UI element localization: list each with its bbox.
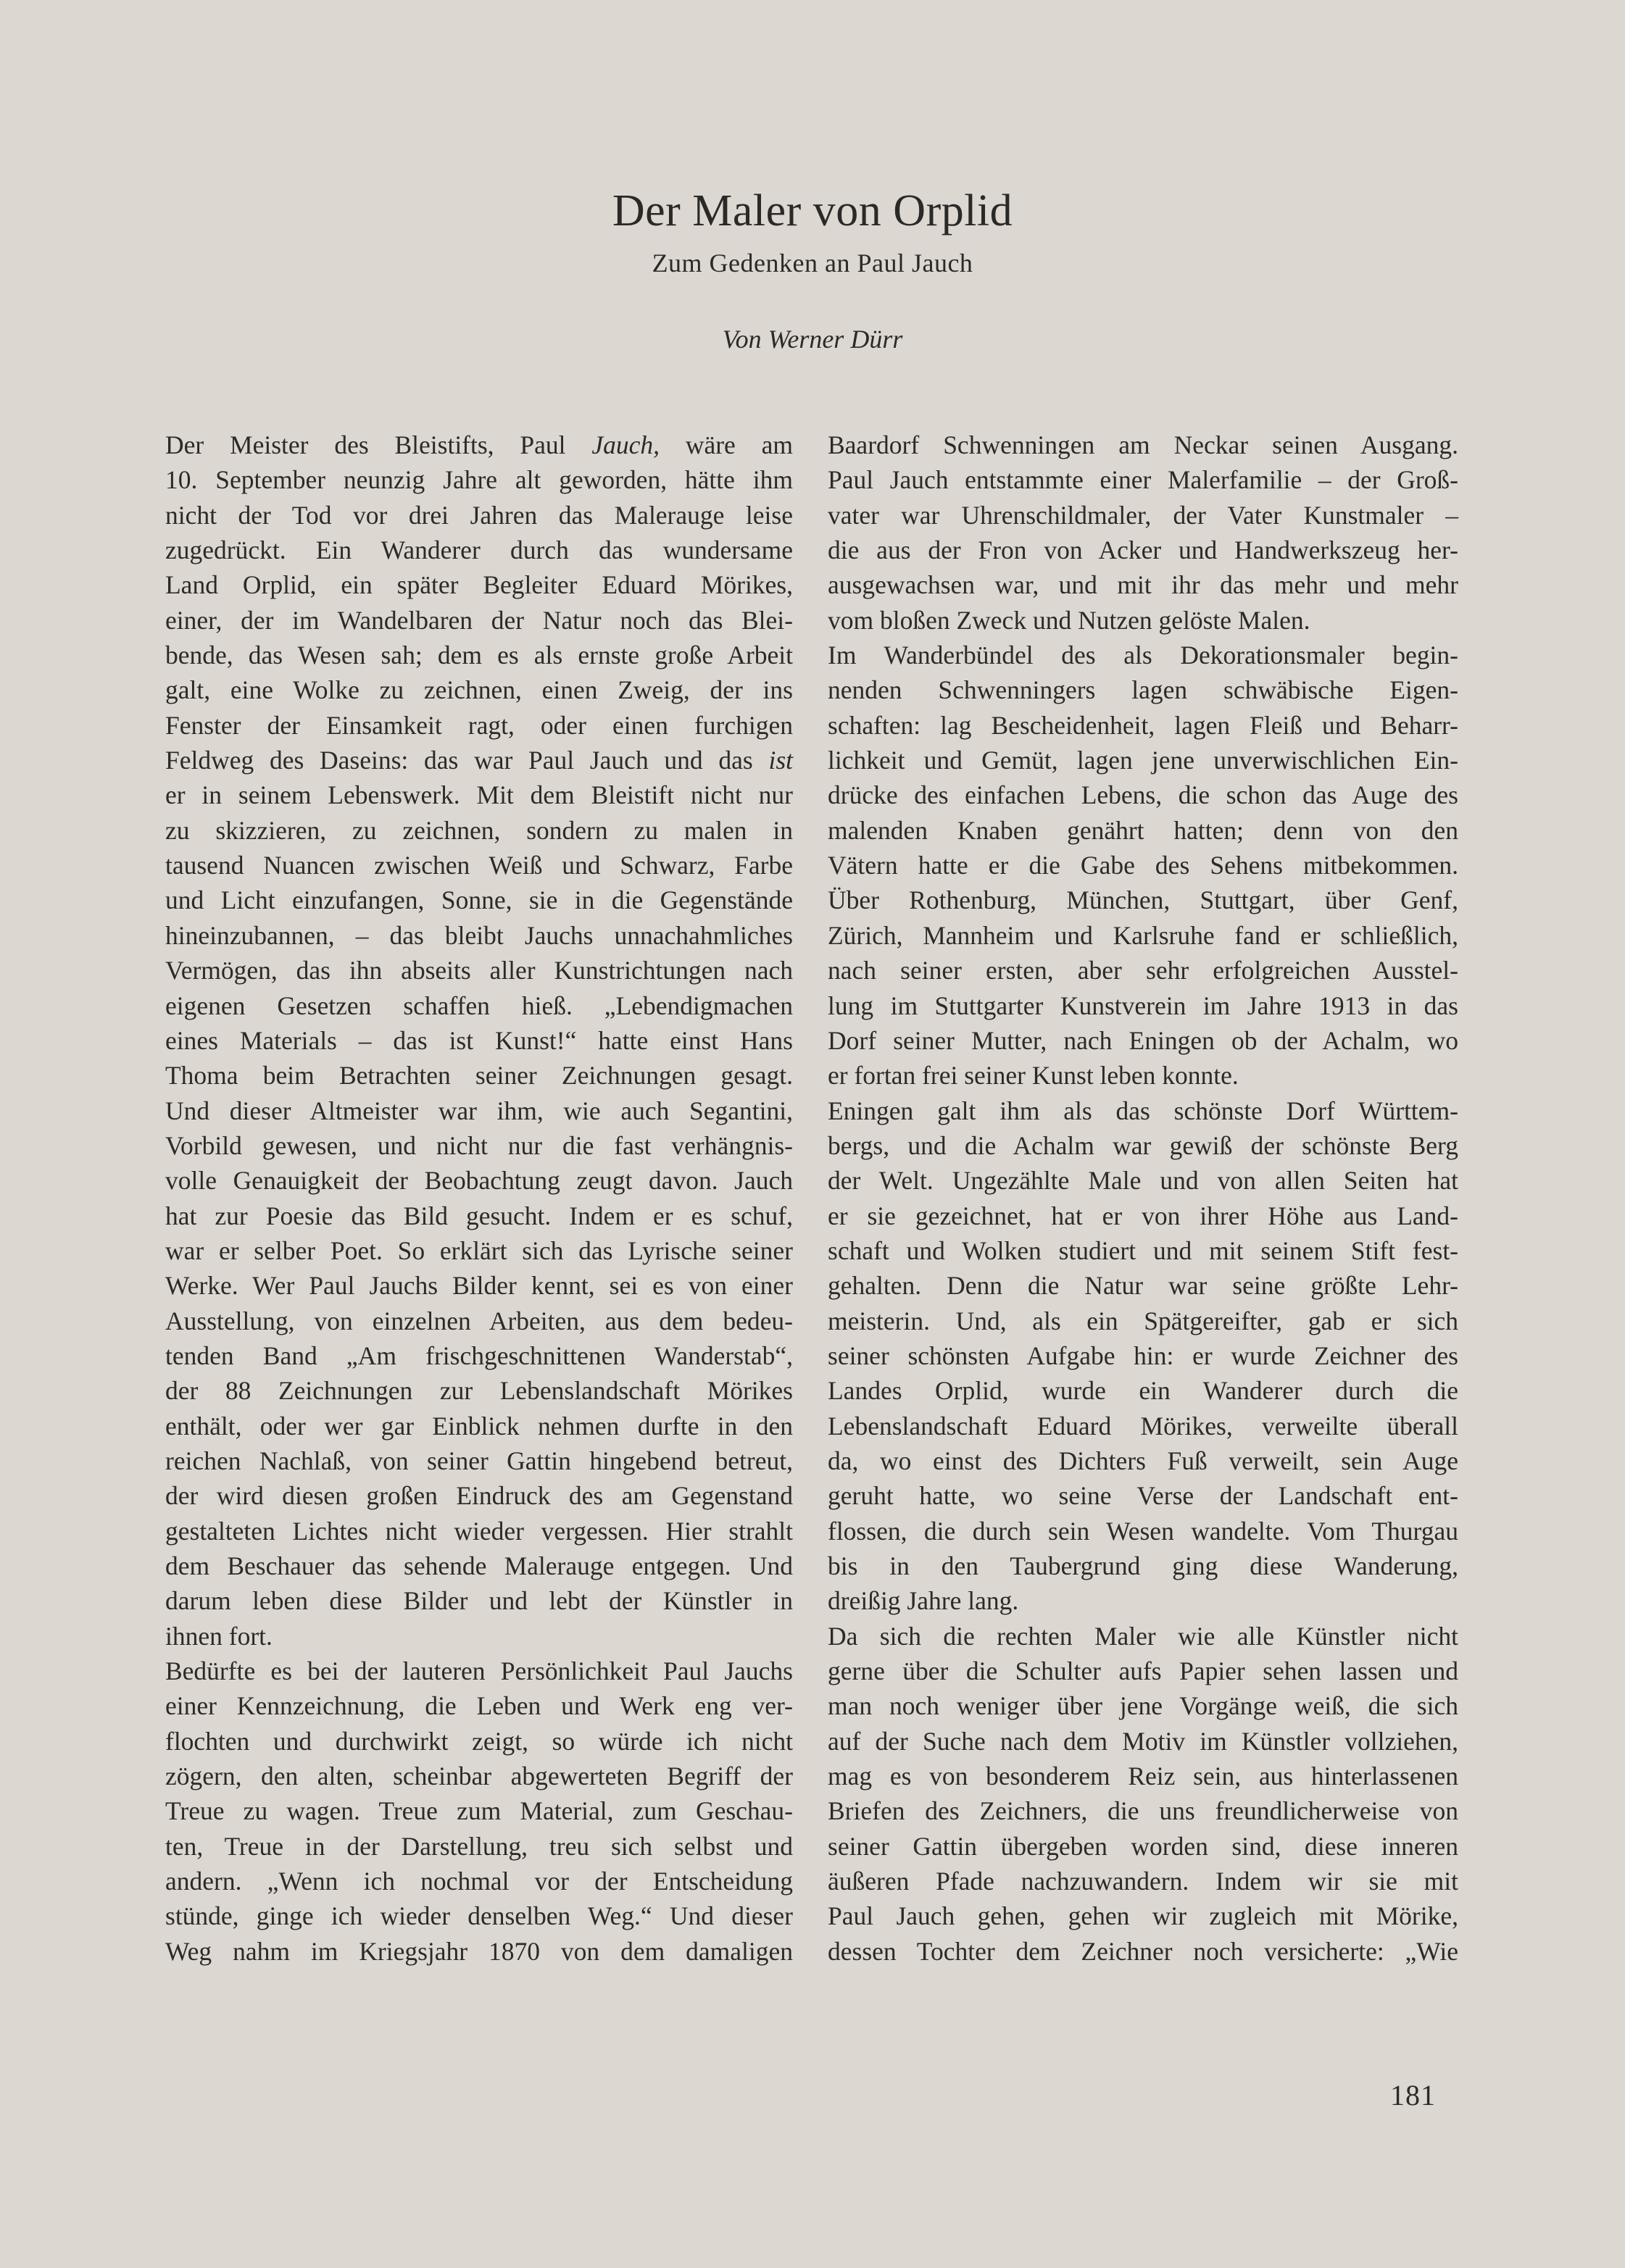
text-line: nach seiner ersten, aber sehr erfolgreic… (828, 953, 1458, 988)
text-line: Feldweg des Daseins: das war Paul Jauch … (165, 743, 793, 777)
text-line: volle Genauigkeit der Beobachtung zeugt … (165, 1163, 793, 1198)
text-line: man noch weniger über jene Vorgänge weiß… (828, 1688, 1458, 1723)
text-line: Und dieser Altmeister war ihm, wie auch … (165, 1093, 793, 1128)
text-line: seiner schönsten Aufgabe hin: er wurde Z… (828, 1338, 1458, 1373)
article-subtitle: Zum Gedenken an Paul Jauch (0, 248, 1625, 278)
text-line: einer, der im Wandelbaren der Natur noch… (165, 603, 793, 638)
text-line: Paul Jauch entstammte einer Malerfamilie… (828, 462, 1458, 497)
text-line: bende, das Wesen sah; dem es als ernste … (165, 638, 793, 672)
text-line: Vätern hatte er die Gabe des Sehens mitb… (828, 848, 1458, 883)
text-line: gehalten. Denn die Natur war seine größt… (828, 1268, 1458, 1303)
text-line: galt, eine Wolke zu zeichnen, einen Zwei… (165, 672, 793, 707)
text-line: Ausstellung, von einzelnen Arbeiten, aus… (165, 1304, 793, 1338)
text-line: die aus der Fron von Acker und Handwerks… (828, 533, 1458, 567)
text-line: der 88 Zeichnungen zur Lebenslandschaft … (165, 1373, 793, 1408)
text-line: Fenster der Einsamkeit ragt, oder einen … (165, 708, 793, 743)
text-line: gerne über die Schulter aufs Papier sehe… (828, 1654, 1458, 1688)
text-line: auf der Suche nach dem Motiv im Künstler… (828, 1724, 1458, 1759)
text-line: dessen Tochter dem Zeichner noch versich… (828, 1934, 1458, 1969)
text-line: und Licht einzufangen, Sonne, sie in die… (165, 883, 793, 917)
text-line: reichen Nachlaß, von seiner Gattin hinge… (165, 1443, 793, 1478)
text-line: tausend Nuancen zwischen Weiß und Schwar… (165, 848, 793, 883)
text-line: Eningen galt ihm als das schönste Dorf W… (828, 1093, 1458, 1128)
text-line: hat zur Poesie das Bild gesucht. Indem e… (165, 1198, 793, 1233)
text-line: Land Orplid, ein später Begleiter Eduard… (165, 567, 793, 602)
text-line: er fortan frei seiner Kunst leben konnte… (828, 1058, 1458, 1093)
text-line: dreißig Jahre lang. (828, 1583, 1458, 1618)
emphasis: ist (768, 746, 793, 775)
text-line: seiner Gattin übergeben worden sind, die… (828, 1829, 1458, 1864)
text-line: der wird diesen großen Eindruck des am G… (165, 1478, 793, 1513)
text-line: Im Wanderbündel des als Dekorationsmaler… (828, 638, 1458, 672)
text-line: Werke. Wer Paul Jauchs Bilder kennt, sei… (165, 1268, 793, 1303)
article-byline: Von Werner Dürr (0, 324, 1625, 354)
text-line: Lebenslandschaft Eduard Mörikes, verweil… (828, 1409, 1458, 1443)
text-line: vater war Uhrenschildmaler, der Vater Ku… (828, 498, 1458, 533)
text-line: Über Rothenburg, München, Stuttgart, übe… (828, 883, 1458, 917)
emphasis: Jauch, (591, 430, 660, 459)
text-line: Landes Orplid, wurde ein Wanderer durch … (828, 1373, 1458, 1408)
text-line: Thoma beim Betrachten seiner Zeichnungen… (165, 1058, 793, 1093)
text-line: Der Meister des Bleistifts, Paul Jauch, … (165, 428, 793, 462)
article-title: Der Maler von Orplid (0, 185, 1625, 237)
text-line: nenden Schwenningers lagen schwäbische E… (828, 672, 1458, 707)
text-line: enthält, oder wer gar Einblick nehmen du… (165, 1409, 793, 1443)
text-line: Weg nahm im Kriegsjahr 1870 von dem dama… (165, 1934, 793, 1969)
text-line: lung im Stuttgarter Kunstverein im Jahre… (828, 988, 1458, 1023)
text-line: bergs, und die Achalm war gewiß der schö… (828, 1128, 1458, 1163)
text-line: bis in den Taubergrund ging diese Wander… (828, 1548, 1458, 1583)
text-line: eigenen Gesetzen schaffen hieß. „Lebendi… (165, 988, 793, 1023)
text-line: Vorbild gewesen, und nicht nur die fast … (165, 1128, 793, 1163)
text-line: Paul Jauch gehen, gehen wir zugleich mit… (828, 1898, 1458, 1933)
text-line: zögern, den alten, scheinbar abgewertete… (165, 1759, 793, 1793)
text-line: malenden Knaben genährt hatten; denn von… (828, 813, 1458, 848)
text-line: tenden Band „Am frischgeschnittenen Wand… (165, 1338, 793, 1373)
text-line: zu skizzieren, zu zeichnen, sondern zu m… (165, 813, 793, 848)
text-line: zugedrückt. Ein Wanderer durch das wunde… (165, 533, 793, 567)
text-line: Bedürfte es bei der lauteren Persönlichk… (165, 1654, 793, 1688)
text-line: hineinzubannen, – das bleibt Jauchs unna… (165, 918, 793, 953)
text-line: Zürich, Mannheim und Karlsruhe fand er s… (828, 918, 1458, 953)
right-column: Baardorf Schwenningen am Neckar seinen A… (828, 428, 1458, 1969)
text-line: ausgewachsen war, und mit ihr das mehr u… (828, 567, 1458, 602)
text-line: stünde, ginge ich wieder denselben Weg.“… (165, 1898, 793, 1933)
text-line: drücke des einfachen Lebens, die schon d… (828, 777, 1458, 812)
text-line: 10. September neunzig Jahre alt geworden… (165, 462, 793, 497)
text-line: andern. „Wenn ich nochmal vor der Entsch… (165, 1864, 793, 1898)
text-line: darum leben diese Bilder und lebt der Kü… (165, 1583, 793, 1618)
text-line: Briefen des Zeichners, die uns freundlic… (828, 1793, 1458, 1828)
document-page: Der Maler von Orplid Zum Gedenken an Pau… (0, 0, 1625, 2268)
text-line: ihnen fort. (165, 1619, 793, 1654)
text-line: äußeren Pfade nachzuwandern. Indem wir s… (828, 1864, 1458, 1898)
text-line: lichkeit und Gemüt, lagen jene unverwisc… (828, 743, 1458, 777)
text-line: nicht der Tod vor drei Jahren das Malera… (165, 498, 793, 533)
page-number: 181 (1390, 2078, 1436, 2112)
text-line: geruht hatte, wo seine Verse der Landsch… (828, 1478, 1458, 1513)
text-line: Da sich die rechten Maler wie alle Künst… (828, 1619, 1458, 1654)
text-line: eines Materials – das ist Kunst!“ hatte … (165, 1023, 793, 1058)
text-line: schaft und Wolken studiert und mit seine… (828, 1233, 1458, 1268)
text-line: flossen, die durch sein Wesen wandelte. … (828, 1514, 1458, 1548)
text-line: Vermögen, das ihn abseits aller Kunstric… (165, 953, 793, 988)
text-line: schaften: lag Bescheidenheit, lagen Flei… (828, 708, 1458, 743)
text-line: er in seinem Lebenswerk. Mit dem Bleisti… (165, 777, 793, 812)
text-line: mag es von besonderem Reiz sein, aus hin… (828, 1759, 1458, 1793)
text-line: Treue zu wagen. Treue zum Material, zum … (165, 1793, 793, 1828)
text-line: da, wo einst des Dichters Fuß verweilt, … (828, 1443, 1458, 1478)
text-line: vom bloßen Zweck und Nutzen gelöste Male… (828, 603, 1458, 638)
text-line: der Welt. Ungezählte Male und von allen … (828, 1163, 1458, 1198)
text-line: Dorf seiner Mutter, nach Eningen ob der … (828, 1023, 1458, 1058)
text-line: einer Kennzeichnung, die Leben und Werk … (165, 1688, 793, 1723)
text-line: war er selber Poet. So erklärt sich das … (165, 1233, 793, 1268)
text-line: er sie gezeichnet, hat er von ihrer Höhe… (828, 1198, 1458, 1233)
text-line: meisterin. Und, als ein Spätgereifter, g… (828, 1304, 1458, 1338)
left-column: Der Meister des Bleistifts, Paul Jauch, … (165, 428, 793, 1969)
text-line: gestalteten Lichtes nicht wieder vergess… (165, 1514, 793, 1548)
text-line: flochten und durchwirkt zeigt, so würde … (165, 1724, 793, 1759)
text-line: dem Beschauer das sehende Malerauge entg… (165, 1548, 793, 1583)
text-line: Baardorf Schwenningen am Neckar seinen A… (828, 428, 1458, 462)
text-line: ten, Treue in der Darstellung, treu sich… (165, 1829, 793, 1864)
